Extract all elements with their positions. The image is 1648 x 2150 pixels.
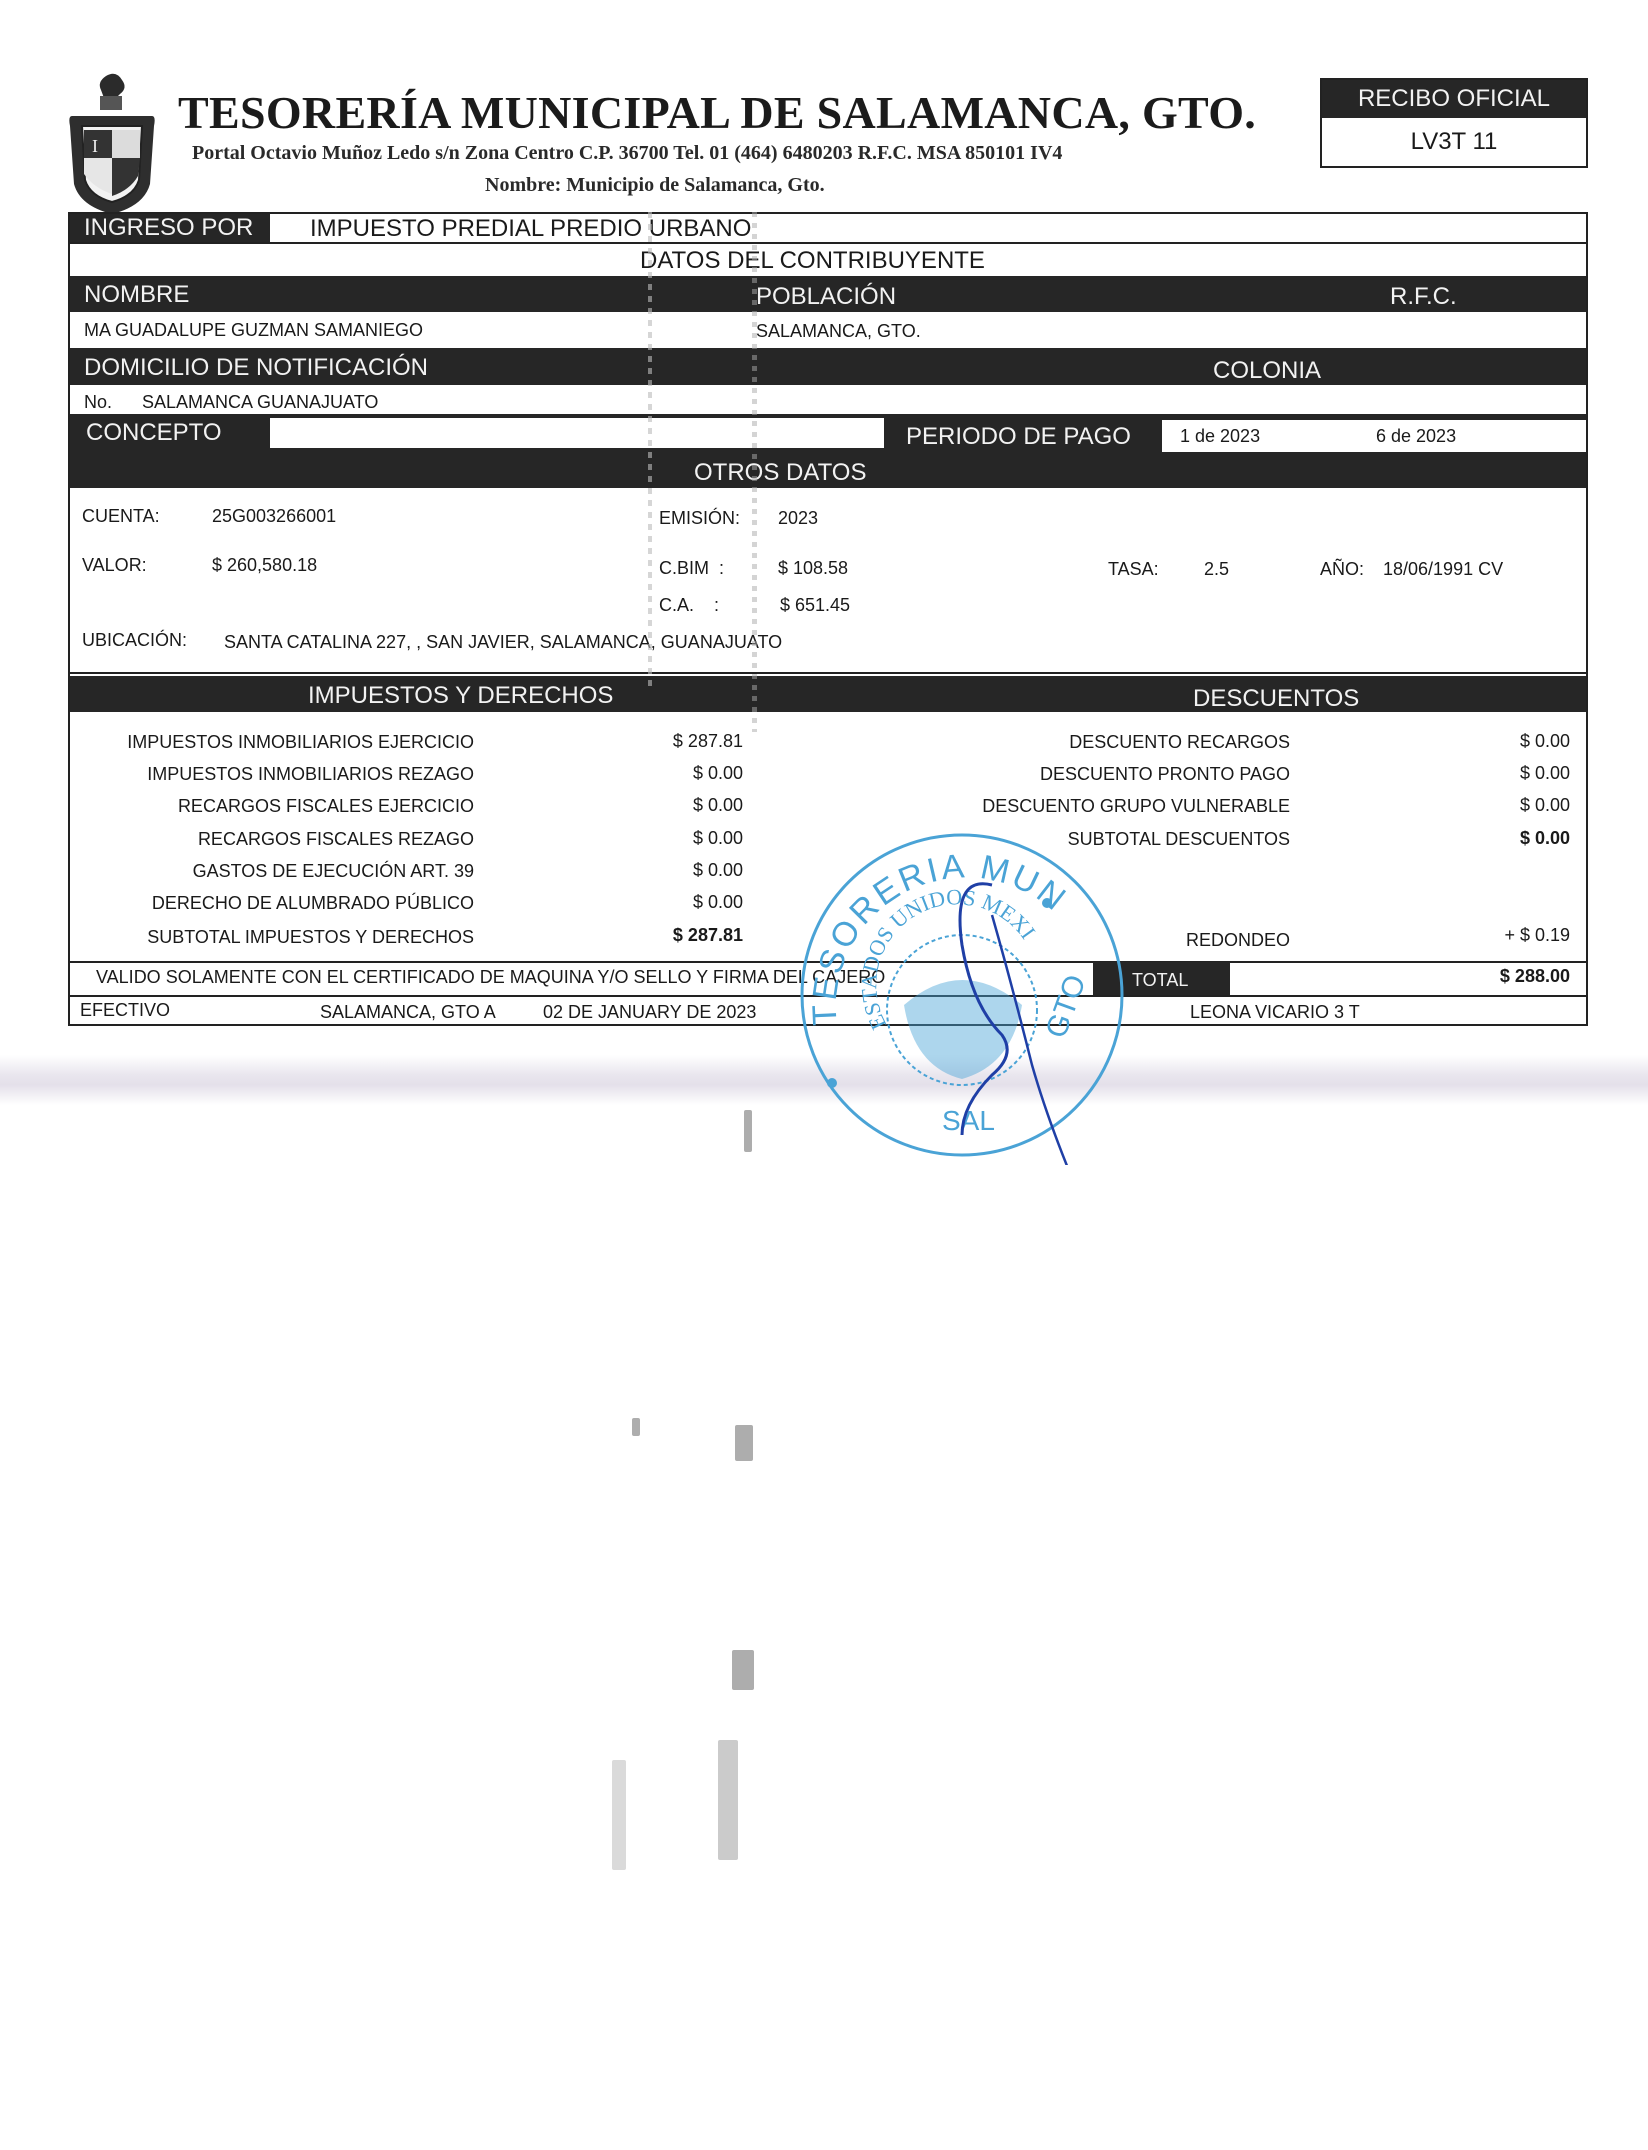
descuento-row-amount: $ 0.00 [1420,731,1570,752]
payment-date: 02 DE JANUARY DE 2023 [543,1002,756,1023]
concepto-value-cell [270,418,884,448]
impuesto-row-label: RECARGOS FISCALES EJERCICIO [60,796,474,817]
svg-text:I: I [92,136,98,156]
impuestos-subtotal-value: $ 287.81 [600,925,743,946]
scan-mark [718,1740,738,1860]
receipt-number: LV3T 11 [1322,118,1586,166]
periodo-hasta: 6 de 2023 [1376,426,1456,447]
ubicacion-label: UBICACIÓN: [82,630,187,651]
descuentos-subtotal-value: $ 0.00 [1420,828,1570,849]
redondeo-label: REDONDEO [900,930,1290,951]
municipality-name: Nombre: Municipio de Salamanca, Gto. [485,174,825,197]
cashier-name: LEONA VICARIO 3 T [1190,1002,1360,1023]
svg-text:SAL: SAL [942,1105,995,1136]
impuestos-title: IMPUESTOS Y DERECHOS [308,682,613,710]
impuesto-row-amount: $ 287.81 [600,731,743,752]
domicilio-label: DOMICILIO DE NOTIFICACIÓN [84,354,428,382]
periodo-desde: 1 de 2023 [1180,426,1260,447]
descuentos-title: DESCUENTOS [1193,685,1359,713]
otros-datos-title: OTROS DATOS [694,459,866,487]
concepto-label: CONCEPTO [86,419,222,447]
impuesto-row-amount: $ 0.00 [600,828,743,849]
impuesto-row-amount: $ 0.00 [600,860,743,881]
cbim-label: C.BIM : [659,558,724,579]
impuesto-row-amount: $ 0.00 [600,795,743,816]
treasury-address: Portal Octavio Muñoz Ledo s/n Zona Centr… [192,142,1062,165]
impuesto-row-amount: $ 0.00 [600,763,743,784]
ingreso-label: INGRESO POR [84,214,253,242]
tasa-label: TASA: [1108,559,1159,580]
descuento-row-amount: $ 0.00 [1420,763,1570,784]
impuesto-row-label: RECARGOS FISCALES REZAGO [60,829,474,850]
ca-label: C.A. : [659,595,719,616]
scan-mark [732,1650,754,1690]
impuesto-row-label: DERECHO DE ALUMBRADO PÚBLICO [60,893,474,914]
scan-crease [752,212,757,732]
descuento-row-label: DESCUENTO GRUPO VULNERABLE [900,796,1290,817]
impuesto-row-amount: $ 0.00 [600,892,743,913]
municipal-logo: I [66,70,158,218]
descuento-row-label: DESCUENTO RECARGOS [900,732,1290,753]
ca-value: $ 651.45 [780,595,850,616]
anio-label: AÑO: [1320,559,1364,580]
cbim-value: $ 108.58 [778,558,848,579]
poblacion-value: SALAMANCA, GTO. [756,321,921,342]
nombre-value: MA GUADALUPE GUZMAN SAMANIEGO [84,320,423,341]
descuento-row-label: DESCUENTO PRONTO PAGO [900,764,1290,785]
scan-mark [744,1110,752,1152]
impuesto-row-label: GASTOS DE EJECUCIÓN ART. 39 [60,861,474,882]
anio-value: 18/06/1991 CV [1383,559,1503,580]
contribuyente-section-title: DATOS DEL CONTRIBUYENTE [640,247,985,275]
emision-label: EMISIÓN: [659,508,740,529]
emision-value: 2023 [778,508,818,529]
scan-crease [648,212,652,692]
poblacion-label: POBLACIÓN [756,283,896,311]
total-value: $ 288.00 [1420,966,1570,987]
rfc-label: R.F.C. [1390,283,1457,311]
cuenta-value: 25G003266001 [212,506,336,527]
periodo-label: PERIODO DE PAGO [906,423,1131,451]
colonia-label: COLONIA [1213,357,1321,385]
scan-mark [735,1425,753,1461]
no-label: No. [84,392,112,413]
municipal-coat-of-arms-icon: I [66,70,158,218]
scan-mark [612,1760,626,1870]
valor-label: VALOR: [82,555,147,576]
impuestos-subtotal-label: SUBTOTAL IMPUESTOS Y DERECHOS [60,927,474,948]
payment-method: EFECTIVO [80,1000,170,1021]
total-label: TOTAL [1132,970,1188,991]
impuesto-row-label: IMPUESTOS INMOBILIARIOS REZAGO [60,764,474,785]
scan-smear [0,1055,1648,1105]
descuentos-subtotal-label: SUBTOTAL DESCUENTOS [900,829,1290,850]
treasury-title: TESORERÍA MUNICIPAL DE SALAMANCA, GTO. [178,86,1256,139]
nombre-label: NOMBRE [84,281,189,309]
ubicacion-value: SANTA CATALINA 227, , SAN JAVIER, SALAMA… [224,632,782,653]
official-receipt-box: RECIBO OFICIAL LV3T 11 [1320,78,1588,168]
cuenta-label: CUENTA: [82,506,160,527]
payment-place: SALAMANCA, GTO A [320,1002,496,1023]
domicilio-value: SALAMANCA GUANAJUATO [142,392,378,413]
redondeo-value: + $ 0.19 [1420,925,1570,946]
tasa-value: 2.5 [1204,559,1229,580]
official-receipt-label: RECIBO OFICIAL [1322,80,1586,118]
scan-mark [632,1418,640,1436]
impuesto-row-label: IMPUESTOS INMOBILIARIOS EJERCICIO [60,732,474,753]
validez-note: VALIDO SOLAMENTE CON EL CERTIFICADO DE M… [96,967,885,988]
descuento-row-amount: $ 0.00 [1420,795,1570,816]
valor-value: $ 260,580.18 [212,555,317,576]
ingreso-value: IMPUESTO PREDIAL PREDIO URBANO [310,215,751,243]
